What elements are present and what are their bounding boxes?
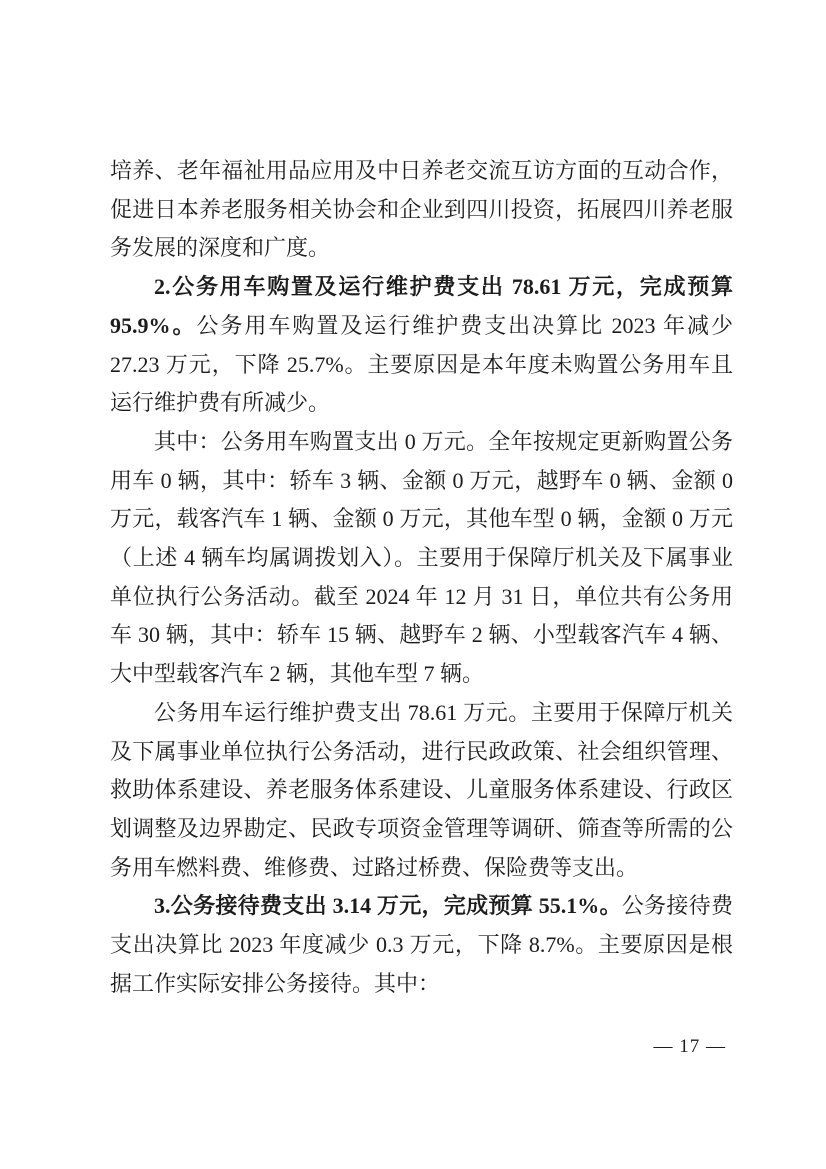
paragraph-text: 公务用车购置及运行维护费支出决算比 2023 年减少 27.23 万元，下降 2… — [110, 313, 733, 415]
paragraph-vehicle-expense-summary: 2.公务用车购置及运行维护费支出 78.61 万元，完成预算 95.9%。公务用… — [110, 268, 733, 423]
paragraph-bold-lead: 3.公务接待费支出 3.14 万元，完成预算 55.1%。 — [154, 893, 622, 918]
paragraph-text: 培养、老年福祉用品应用及中日养老交流互访方面的互动合作，促进日本养老服务相关协会… — [110, 158, 733, 260]
paragraph-text: 公务用车运行维护费支出 78.61 万元。主要用于保障厅机关及下属事业单位执行公… — [110, 700, 733, 880]
paragraph-elder-care-cooperation: 培养、老年福祉用品应用及中日养老交流互访方面的互动合作，促进日本养老服务相关协会… — [110, 152, 733, 268]
paragraph-text: 其中：公务用车购置支出 0 万元。全年按规定更新购置公务用车 0 辆，其中：轿车… — [110, 429, 733, 686]
paragraph-vehicle-purchase-detail: 其中：公务用车购置支出 0 万元。全年按规定更新购置公务用车 0 辆，其中：轿车… — [110, 423, 733, 694]
document-page: 培养、老年福祉用品应用及中日养老交流互访方面的互动合作，促进日本养老服务相关协会… — [0, 0, 826, 1169]
page-number: — 17 — — [654, 1035, 727, 1059]
paragraph-vehicle-maintenance-detail: 公务用车运行维护费支出 78.61 万元。主要用于保障厅机关及下属事业单位执行公… — [110, 694, 733, 888]
document-body: 培养、老年福祉用品应用及中日养老交流互访方面的互动合作，促进日本养老服务相关协会… — [110, 152, 733, 1003]
paragraph-reception-expense-summary: 3.公务接待费支出 3.14 万元，完成预算 55.1%。公务接待费支出决算比 … — [110, 887, 733, 1003]
